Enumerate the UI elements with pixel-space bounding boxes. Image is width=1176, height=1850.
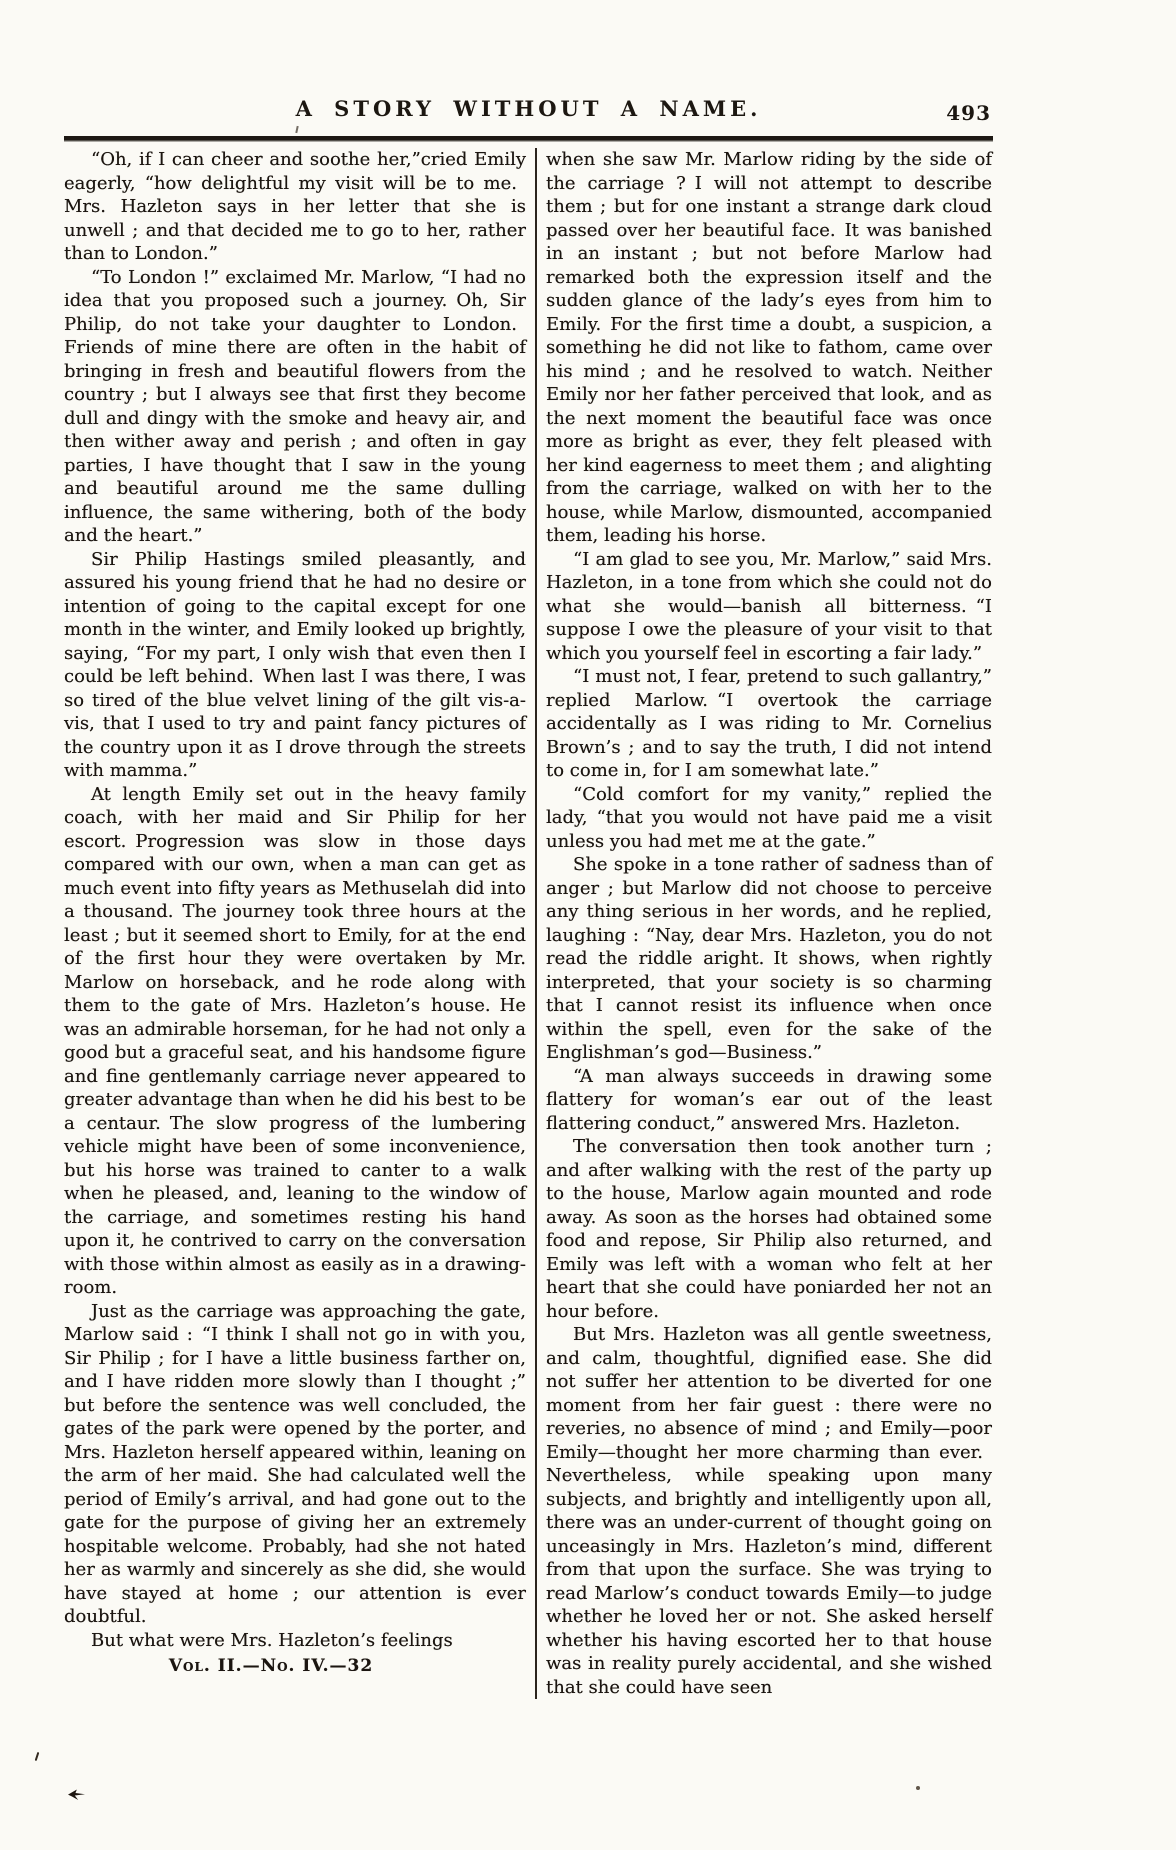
left-column-text: “Oh, if I can cheer and soothe her,”crie… (64, 148, 526, 1652)
ink-dot (916, 1786, 920, 1790)
page-title: A STORY WITHOUT A NAME. (64, 96, 993, 121)
paragraph: But what were Mrs. Hazleton’s feelings (64, 1629, 526, 1653)
ink-blot (68, 1788, 85, 1800)
paragraph: when she saw Mr. Marlow riding by the si… (546, 148, 992, 548)
paragraph: “Cold comfort for my vanity,” replied th… (546, 783, 992, 854)
left-column: “Oh, if I can cheer and soothe her,”crie… (64, 148, 526, 1699)
page-number: 493 (946, 101, 991, 125)
volume-footer: Vol. II.—No. IV.—32 (64, 1655, 526, 1679)
paragraph: At length Emily set out in the heavy fam… (64, 783, 526, 1300)
paragraph: “I must not, I fear, pretend to such gal… (546, 665, 992, 783)
header-rule (64, 136, 993, 141)
paragraph: “A man always succeeds in drawing some f… (546, 1065, 992, 1136)
paragraph: But Mrs. Hazleton was all gentle sweetne… (546, 1323, 992, 1699)
right-column: when she saw Mr. Marlow riding by the si… (546, 148, 992, 1699)
page-content: A STORY WITHOUT A NAME. 493 “Oh, if I ca… (64, 86, 993, 1699)
paragraph: Just as the carriage was approaching the… (64, 1300, 526, 1629)
paragraph: The conversation then took another turn … (546, 1135, 992, 1323)
paragraph: “I am glad to see you, Mr. Marlow,” said… (546, 548, 992, 666)
paragraph: “To London !” exclaimed Mr. Marlow, “I h… (64, 266, 526, 548)
paragraph: Sir Philip Hastings smiled pleasantly, a… (64, 548, 526, 783)
ink-tick-mark (35, 1752, 40, 1761)
right-column-text: when she saw Mr. Marlow riding by the si… (546, 148, 992, 1699)
column-divider-rule (535, 148, 537, 1699)
text-columns: “Oh, if I can cheer and soothe her,”crie… (64, 148, 993, 1699)
paragraph: She spoke in a tone rather of sadness th… (546, 853, 992, 1065)
paragraph: “Oh, if I can cheer and soothe her,”crie… (64, 148, 526, 266)
scanned-book-page: A STORY WITHOUT A NAME. 493 “Oh, if I ca… (0, 0, 1176, 1850)
running-head: A STORY WITHOUT A NAME. 493 (64, 86, 993, 136)
